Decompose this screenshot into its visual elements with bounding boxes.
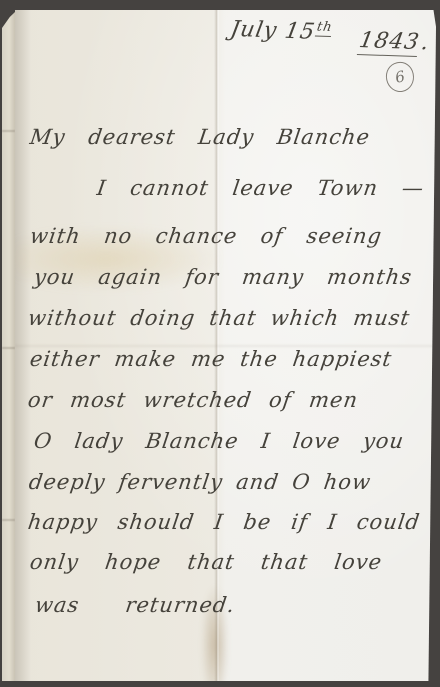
adjacent-page-edge	[2, 12, 15, 681]
date-month-day: July 15th	[228, 17, 333, 46]
body-line: was returned.	[33, 590, 237, 620]
date-year: 1843.	[357, 28, 431, 55]
horizontal-crease	[2, 347, 15, 349]
body-line: either make me the happiest	[28, 344, 394, 374]
photo-background: { "letter": { "date": { "month_day": "Ju…	[0, 0, 440, 687]
body-line: I cannot leave Town —	[95, 173, 426, 203]
body-line: deeply fervently and O how	[27, 467, 373, 497]
body-line: without doing that which must	[26, 303, 412, 333]
body-line: you again for many months	[32, 262, 414, 292]
page-number-badge: 6	[383, 59, 417, 94]
body-line: happy should I be if I could	[26, 507, 422, 537]
body-line: only hope that that love	[28, 547, 384, 577]
salutation-line: My dearest Lady Blanche	[28, 122, 372, 152]
horizontal-crease	[2, 130, 15, 132]
body-line: O lady Blanche I love you	[32, 426, 406, 456]
horizontal-crease	[2, 519, 15, 521]
date-line: July 15th 1843.	[227, 17, 432, 56]
letter-page: July 15th 1843. 6 My dearest Lady Blanch…	[15, 10, 436, 681]
body-line: with no chance of seeing	[28, 221, 384, 251]
body-line: or most wretched of men	[26, 385, 360, 415]
date-ordinal-suffix: th	[315, 20, 334, 37]
page-number: 6	[393, 67, 406, 87]
